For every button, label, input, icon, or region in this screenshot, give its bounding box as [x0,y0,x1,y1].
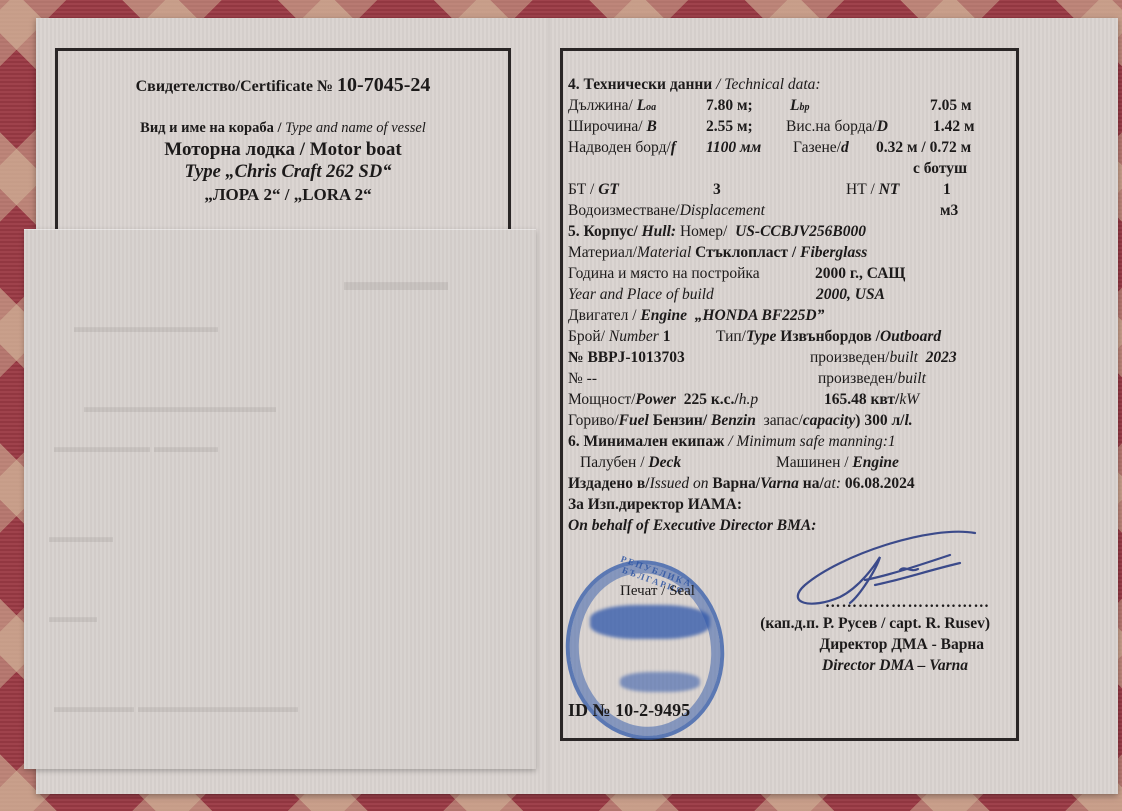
loa-value: 7.80 м; [706,97,753,114]
certificate-title-prefix: Свидетелство/Certificate № [136,78,333,95]
page-fold [548,18,550,794]
loa-sub: oa [646,102,656,113]
issued-label-en: Issued on [650,475,709,492]
depth-label: Вис.на борда/ [786,118,877,135]
bleed-through-text: ▬▬▬▬▬ ▬▬▬▬▬▬▬▬▬▬ [54,699,298,717]
deck-label: Палубен / [580,454,645,471]
technical-heading-en: / Technical data: [716,76,820,93]
material-value-en: Fiberglass [800,244,867,261]
capacity-unit: l. [904,412,912,429]
lbp-sub: bp [799,102,809,113]
draft-note-row: с ботуш [568,158,988,179]
engine-crew-label: Машинен / [776,454,849,471]
certificate-title: Свидетелство/Certificate № 10-7045-24 [55,74,511,97]
loa-symbol: L [637,97,646,114]
bleed-through-text: ▬▬▬▬▬▬▬▬▬ [74,319,218,337]
nt-value: 1 [943,181,951,198]
draft-value: 0.32 м / 0.72 м [876,139,971,156]
technical-data-section: 4. Технически данни / Technical data: Дъ… [568,74,988,536]
material-label-en: Material [637,244,691,261]
engine-model: „HONDA BF225D” [695,307,825,324]
director-title-bg: Директор ДМА - Варна [700,634,990,655]
engine-serial-row-2: № -- произведен/built [568,368,988,389]
signatory-block: ………………………… (кап.д.п. Р. Русев / capt. R.… [700,592,990,676]
tonnage-row: БТ / GT 3 НТ / NT 1 [568,179,988,200]
nt-label: НТ / [846,181,879,198]
engine-crew-label-en: Engine [852,454,899,471]
fuel-label-en: Fuel [619,412,649,429]
build-row: Година и място на постройка 2000 г., САЩ [568,263,988,284]
displacement-label: Водоизместване/ [568,202,680,219]
engine-type-value-bg: Извънбордов / [780,328,880,345]
stamp-emblem-lower [620,672,700,692]
bleed-through-text: ▬▬▬▬▬▬▬▬▬▬▬▬ [84,399,276,417]
issue-date: 06.08.2024 [845,475,915,492]
length-label: Дължина/ [568,97,633,114]
bleed-through-text: ▬▬▬ [49,609,97,627]
vessel-block: Вид и име на кораба / Type and name of v… [55,120,511,205]
displacement-row: Водоизместване/Displacement м3 [568,200,988,221]
built-label-en: built [889,349,917,366]
breadth-row: Широчина/ B 2.55 м; Вис.на борда/D 1.42 … [568,116,988,137]
freeboard-label: Надводен борд/ [568,139,671,156]
engine-label-en: Engine [640,307,687,324]
nt-symbol: NT [879,181,900,198]
breadth-symbol: B [646,118,656,135]
material-value-bg: Стъклопласт / [695,244,796,261]
freeboard-symbol: f [671,139,676,156]
engine-serial-1: № BBPJ-1013703 [568,349,685,366]
certificate-number: 10-7045-24 [337,74,430,96]
behalf-row: За Изп.директор ИАМА: [568,494,988,515]
deck-label-en: Deck [648,454,681,471]
built-label-en-2: built [897,370,925,387]
manning-row: 6. Минимален екипаж / Minimum safe manni… [568,431,988,452]
material-row: Материал/Material Стъклопласт / Fibergla… [568,242,988,263]
hull-row: 5. Корпус/ Hull: Номер/ US-CCBJV256B000 [568,221,988,242]
hull-number-label: Номер/ [680,223,727,240]
signature-line: ………………………… [700,592,990,613]
power-label: Мощност/ [568,391,635,408]
vessel-label-bg: Вид и име на кораба / [140,120,281,136]
draft-note: с ботуш [913,160,967,177]
fuel-value-bg: Бензин/ [653,412,707,429]
engine-count-row: Брой/ Number 1 Тип/Type Извънбордов /Out… [568,326,988,347]
engine-type-label: Тип/ [716,328,746,345]
draft-symbol: d [841,139,849,156]
length-row: Дължина/ Loa 7.80 м; Lbp 7.05 м [568,95,988,116]
depth-value: 1.42 м [933,118,975,135]
freeboard-value: 1100 мм [706,139,761,156]
director-title-en: Director DMA – Varna [700,655,990,676]
material-label: Материал/ [568,244,637,261]
manning-detail-row: Палубен / Deck Машинен / Engine [568,452,988,473]
engine-type-label-en: Type [746,328,776,345]
at-label: на/ [803,475,824,492]
bleed-through-text: ▬▬▬▬ [344,267,448,297]
at-label-en: at: [824,475,841,492]
build-value-en: 2000, USA [816,286,885,303]
build-value: 2000 г., САЩ [815,265,905,282]
fuel-value-en: Benzin [711,412,756,429]
document-id: ID № 10-2-9495 [568,700,690,721]
capacity-label-en: capacity [803,412,856,429]
freeboard-draft-row: Надводен борд/f 1100 мм Газене/d 0.32 м … [568,137,988,158]
engine-label: Двигател / [568,307,637,324]
vessel-type: Моторна лодка / Motor boat [55,139,511,161]
power-kw: 165.48 квт/ [824,391,899,408]
engine-row: Двигател / Engine „HONDA BF225D” [568,305,988,326]
technical-heading-bg: 4. Технически данни [568,76,712,93]
hull-heading: 5. Корпус/ [568,223,638,240]
draft-label: Газене/ [793,139,841,156]
engine-serial-row: № BBPJ-1013703 произведен/built 2023 [568,347,988,368]
build-row-en: Year and Place of build 2000, USA [568,284,988,305]
behalf-bg: За Изп.директор ИАМА: [568,496,742,513]
engine-type-value-en: Outboard [880,328,941,345]
issued-label: Издадено в/ [568,475,650,492]
vessel-label: Вид и име на кораба / Type and name of v… [55,120,511,137]
fuel-label: Гориво/ [568,412,619,429]
technical-heading: 4. Технически данни / Technical data: [568,74,988,95]
capacity-label: запас/ [764,412,803,429]
fuel-row: Гориво/Fuel Бензин/ Benzin запас/capacit… [568,410,988,431]
breadth-label: Широчина/ [568,118,643,135]
build-label-en: Year and Place of build [568,286,714,303]
gt-symbol: GT [598,181,619,198]
issue-place: Варна/ [712,475,760,492]
hull-number-value: US-CCBJV256B000 [735,223,866,240]
depth-symbol: D [877,118,888,135]
built-year: 2023 [926,349,957,366]
bleed-through-text: ▬▬▬▬ [49,529,113,547]
manning-heading: 6. Минимален екипаж [568,433,724,450]
built-label: произведен/ [810,349,889,366]
capacity-value: ) 300 л/ [855,412,904,429]
signatory-name: (кап.д.п. Р. Русев / capt. R. Rusev) [700,613,990,634]
gt-value: 3 [713,181,721,198]
engine-count-value: 1 [663,328,671,345]
displacement-unit: м3 [940,202,958,219]
vessel-name: „ЛОРА 2“ / „LORA 2“ [55,185,511,205]
bleed-through-text: ▬▬▬▬▬▬ ▬▬▬▬ [54,439,218,457]
power-label-en: Power [635,391,675,408]
engine-count-label-en: Number [609,328,659,345]
built-label-2: произведен/ [818,370,897,387]
build-label: Година и място на постройка [568,263,760,284]
engine-serial-2: № -- [568,370,597,387]
vessel-model: Type „Chris Craft 262 SD“ [55,162,511,183]
engine-count-label: Брой/ [568,328,605,345]
manning-heading-en: / Minimum safe manning:1 [728,433,895,450]
power-kw-unit: kW [899,391,919,408]
gt-label: БТ / [568,181,598,198]
lbp-value: 7.05 м [930,97,972,114]
blank-insert-slip: ▬▬▬▬ ▬▬▬▬▬▬▬▬▬ ▬▬▬▬▬▬▬▬▬▬▬▬ ▬▬▬▬▬▬ ▬▬▬▬ … [24,229,536,769]
displacement-label-en: Displacement [680,202,765,219]
seal-label: Печат / Seal [620,583,695,600]
issue-place-en: Varna [760,475,799,492]
stamp-emblem [590,605,710,639]
power-hp: 225 к.с./ [684,391,739,408]
power-row: Мощност/Power 225 к.с./h.p 165.48 квт/kW [568,389,988,410]
issued-row: Издадено в/Issued on Варна/Varna на/at: … [568,473,988,494]
hull-heading-en: Hull: [642,223,676,240]
breadth-value: 2.55 м; [706,118,753,135]
vessel-label-en: Type and name of vessel [285,120,426,136]
power-hp-unit: h.p [739,391,758,408]
